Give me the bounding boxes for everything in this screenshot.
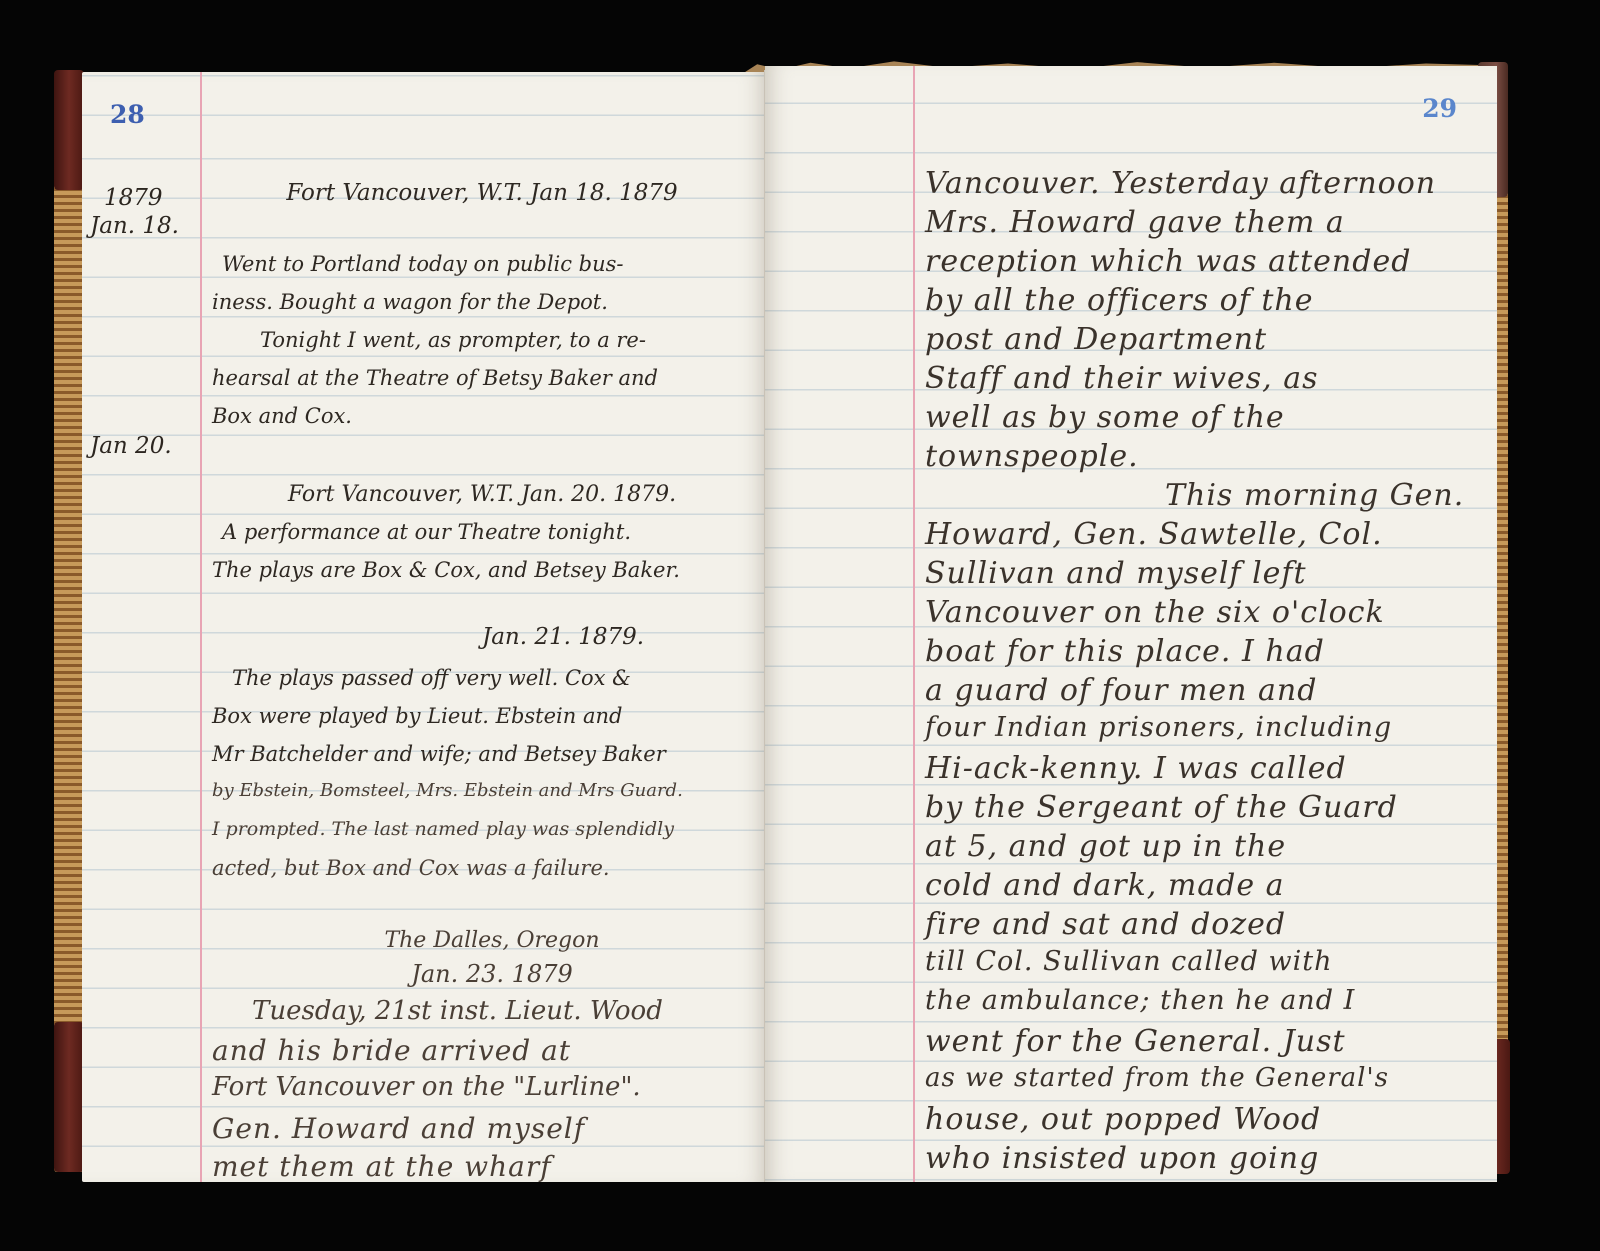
entry-line: Mrs. Howard gave them a xyxy=(925,205,1345,240)
entry-line: Gen. Howard and myself xyxy=(212,1112,585,1145)
entry-line: hearsal at the Theatre of Betsy Baker an… xyxy=(212,366,658,390)
entry-line: boat for this place. I had xyxy=(925,634,1325,669)
entry-line: Fort Vancouver on the "Lurline". xyxy=(212,1072,641,1102)
entry-line: fire and sat and dozed xyxy=(925,907,1286,942)
page-number: 29 xyxy=(1422,94,1457,123)
entry-line: met them at the wharf xyxy=(212,1150,552,1182)
entry-line: Tonight I went, as prompter, to a re- xyxy=(260,328,646,352)
open-journal: 28 1879 Jan. 18. Jan 20. Fort Vancouver,… xyxy=(52,52,1514,1192)
entry-line: by Ebstein, Bomsteel, Mrs. Ebstein and M… xyxy=(212,780,683,801)
entry-line: Tuesday, 21st inst. Lieut. Wood xyxy=(252,996,663,1026)
entry-line: Sullivan and myself left xyxy=(925,556,1307,591)
entry-line: I prompted. The last named play was sple… xyxy=(212,818,674,840)
entry-line: a guard of four men and xyxy=(925,673,1317,708)
margin-note-date: Jan. 18. xyxy=(90,212,195,240)
entry-heading: The Dalles, Oregon xyxy=(362,928,622,953)
entry-line: iness. Bought a wagon for the Depot. xyxy=(212,290,608,314)
entry-line: This morning Gen. xyxy=(1165,478,1464,513)
right-page: 29 Vancouver. Yesterday afternoon Mrs. H… xyxy=(765,66,1497,1182)
entry-line: at 5, and got up in the xyxy=(925,829,1286,864)
margin-note-date: Jan 20. xyxy=(90,432,195,460)
left-page-edge xyxy=(54,72,84,1172)
leather-corner-bottom-left xyxy=(54,1022,84,1172)
entry-line: post and Department xyxy=(925,322,1267,357)
entry-line: till Col. Sullivan called with xyxy=(925,946,1333,977)
entry-line: townspeople. xyxy=(925,439,1139,474)
entry-line: reception which was attended xyxy=(925,244,1411,279)
entry-heading: Jan. 23. 1879 xyxy=(362,960,622,988)
entry-line: The plays are Box & Cox, and Betsey Bake… xyxy=(212,558,680,582)
entry-line: as we started from the General's xyxy=(925,1063,1389,1093)
entry-line: Howard, Gen. Sawtelle, Col. xyxy=(925,517,1383,552)
entry-line: acted, but Box and Cox was a failure. xyxy=(212,856,610,880)
entry-line: Mr Batchelder and wife; and Betsey Baker xyxy=(212,742,666,766)
page-number: 28 xyxy=(110,100,145,129)
entry-line: the ambulance; then he and I xyxy=(925,985,1355,1016)
entry-line: Staff and their wives, as xyxy=(925,361,1319,396)
entry-line: four Indian prisoners, including xyxy=(925,712,1392,743)
margin-note-jan-18: 1879 Jan. 18. xyxy=(90,184,195,240)
left-page: 28 1879 Jan. 18. Jan 20. Fort Vancouver,… xyxy=(82,72,766,1182)
leather-corner-top-left xyxy=(54,70,84,190)
entry-line: went for the General. Just xyxy=(925,1024,1346,1059)
entry-heading: Fort Vancouver, W.T. Jan. 20. 1879. xyxy=(232,482,732,507)
margin-line xyxy=(913,66,915,1182)
entry-line: by the Sergeant of the Guard xyxy=(925,790,1398,825)
entry-line: well as by some of the xyxy=(925,400,1285,435)
entry-line: Vancouver. Yesterday afternoon xyxy=(925,166,1436,201)
entry-heading: Fort Vancouver, W.T. Jan 18. 1879 xyxy=(232,180,732,206)
entry-line: who insisted upon going xyxy=(925,1141,1319,1176)
entry-line: The plays passed off very well. Cox & xyxy=(232,666,631,690)
entry-line: Box and Cox. xyxy=(212,404,352,428)
entry-line: cold and dark, made a xyxy=(925,868,1285,903)
margin-note-jan-20: Jan 20. xyxy=(90,432,195,460)
entry-line: Went to Portland today on public bus- xyxy=(222,252,624,276)
margin-note-year: 1879 xyxy=(90,184,195,212)
entry-line: and his bride arrived at xyxy=(212,1034,571,1067)
entry-line: Box were played by Lieut. Ebstein and xyxy=(212,704,622,728)
entry-heading: Jan. 21. 1879. xyxy=(482,624,644,650)
entry-line: house, out popped Wood xyxy=(925,1102,1321,1137)
entry-line: Vancouver on the six o'clock xyxy=(925,595,1385,630)
entry-line: Hi-ack-kenny. I was called xyxy=(925,751,1347,786)
margin-line xyxy=(200,72,202,1182)
entry-line: down to the wharf to see xyxy=(925,1180,1328,1182)
entry-line: by all the officers of the xyxy=(925,283,1314,318)
entry-line: A performance at our Theatre tonight. xyxy=(222,520,631,544)
